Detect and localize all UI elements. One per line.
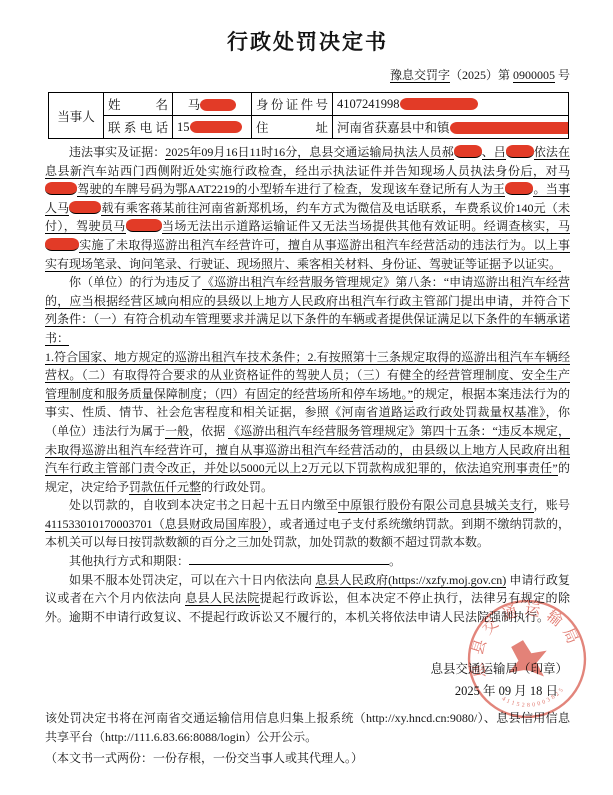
redaction-mark	[45, 238, 79, 251]
document-body: 违法事实及证据：2025年09月16日11时16分，息县交通运输局执法人员郝、吕…	[45, 143, 570, 626]
text-segment: 河南省获嘉县中和镇	[337, 121, 450, 135]
text-segment: 中原银行股份有限公司息县城关支行	[338, 498, 534, 513]
publicity-note: 该处罚决定书将在河南省交通运输信用信息归集上报系统（http://xy.hncd…	[45, 709, 570, 746]
redaction-mark	[200, 99, 236, 111]
redaction-mark	[505, 182, 533, 195]
text-segment: 实施了未取得巡游出租汽车经营许可，擅自从事巡游出租汽车经营活动的违法行为。以上事…	[45, 238, 570, 272]
text-segment: 你（单位）的行为违反了	[69, 275, 202, 289]
text-segment: 15	[177, 120, 190, 134]
text-segment: （2025）第	[450, 68, 513, 82]
table-row: 当事人 姓 名 马 身份证件号 4107241998	[49, 93, 569, 116]
text-segment: 。	[389, 554, 401, 568]
penalty-decision-document: 行政处罚决定书 豫息交罚字（2025）第 0900005 号 当事人 姓 名 马…	[0, 0, 613, 795]
text-segment: 驾驶的车牌号码为鄂AAT2219的小型轿车进行了检查，发现该车登记所有人为王	[77, 182, 505, 197]
redaction-mark	[45, 182, 77, 195]
name-label-cell: 姓 名	[104, 93, 173, 116]
party-info-table: 当事人 姓 名 马 身份证件号 4107241998 联系电话 15 住 址 河…	[48, 92, 569, 139]
text-segment: 息县人民政府(https://xzfy.moj.gov.cn)	[315, 573, 506, 588]
text-segment: 该处罚决定书将在河南省交通运输信用信息归集上报系统（http://xy.hncd…	[45, 711, 570, 744]
text-segment: ，账号	[534, 498, 570, 512]
text-segment: 的行政处罚。	[201, 480, 273, 494]
text-segment: 、吕	[482, 145, 506, 160]
redaction-mark	[126, 219, 162, 232]
address-label-cell: 住 址	[252, 116, 333, 139]
redaction-mark	[400, 98, 478, 110]
phone-value-cell: 15	[173, 116, 252, 139]
decision-date: 2025 年 09 月 18 日	[45, 681, 570, 699]
other-execution-paragraph: 其他执行方式和期限：。	[45, 552, 570, 571]
id-number-label-cell: 身份证件号	[252, 93, 333, 116]
id-number-value-cell: 4107241998	[333, 93, 569, 116]
redaction-mark	[454, 145, 482, 158]
name-value-cell: 马	[173, 93, 252, 116]
document-title: 行政处罚决定书	[45, 26, 570, 56]
text-segment: 当场无法出示道路运输证件又无法当场提供其他有效证明。经调查核实，马	[162, 219, 570, 234]
redaction-mark	[69, 201, 101, 214]
redaction-mark	[506, 145, 534, 158]
redaction-mark	[450, 122, 569, 134]
party-label-cell: 当事人	[49, 93, 104, 139]
copies-note: （本文书一式两份：一份存根，一份交当事人或其代理人。）	[45, 749, 570, 768]
text-segment: 一般	[165, 424, 189, 439]
text-segment: 其他执行方式和期限：	[69, 554, 189, 568]
violation-paragraph: 你（单位）的行为违反了《巡游出租汽车经营服务管理规定》第八条：“申请巡游出租汽车…	[45, 273, 570, 496]
text-segment: 罚款伍仟元整	[129, 480, 201, 495]
text-segment: 2025年09月16日11时16分，息县交通运输局执法人员郝	[165, 145, 453, 160]
text-segment: ，依据	[189, 424, 228, 438]
facts-paragraph: 违法事实及证据：2025年09月16日11时16分，息县交通运输局执法人员郝、吕…	[45, 143, 570, 273]
text-segment: 处以罚款的，自收到本决定书之日起十五日内缴至	[69, 498, 338, 512]
text-segment: 息县人民法院	[185, 591, 260, 606]
text-segment: 0900005	[513, 68, 555, 83]
text-segment: 411533010170003701（息县财政局国库股）	[45, 517, 268, 532]
publicity-paragraph: 该处罚决定书将在河南省交通运输信用信息归集上报系统（http://xy.hncd…	[45, 709, 570, 746]
appeal-paragraph: 如果不服本处罚决定，可以在六十日内依法向 息县人民政府(https://xzfy…	[45, 571, 570, 627]
issuing-agency: 息县交通运输局（印章）	[45, 659, 570, 677]
text-segment: 4107241998	[337, 97, 400, 111]
copies-paragraph: （本文书一式两份：一份存根，一份交当事人或其代理人。）	[45, 749, 570, 768]
payment-paragraph: 处以罚款的，自收到本决定书之日起十五日内缴至中原银行股份有限公司息县城关支行，账…	[45, 496, 570, 552]
text-segment: 违法事实及证据：	[69, 145, 165, 159]
text-segment: 马	[188, 98, 201, 112]
text-segment: 号	[555, 68, 570, 82]
text-segment: 如果不服本处罚决定，可以在六十日内依法向	[69, 573, 315, 587]
redaction-mark	[190, 121, 242, 133]
phone-label-cell: 联系电话	[104, 116, 173, 139]
blank-underline	[189, 552, 389, 565]
table-row: 联系电话 15 住 址 河南省获嘉县中和镇	[49, 116, 569, 139]
text-segment: 《河南省道路运政行政处罚裁量权基准》	[329, 405, 545, 420]
text-segment: （本文书一式两份：一份存根，一份交当事人或其代理人。）	[45, 751, 363, 765]
document-number: 豫息交罚字（2025）第 0900005 号	[45, 66, 570, 83]
text-segment: 豫息交罚字	[390, 68, 450, 83]
address-value-cell: 河南省获嘉县中和镇	[333, 116, 569, 139]
